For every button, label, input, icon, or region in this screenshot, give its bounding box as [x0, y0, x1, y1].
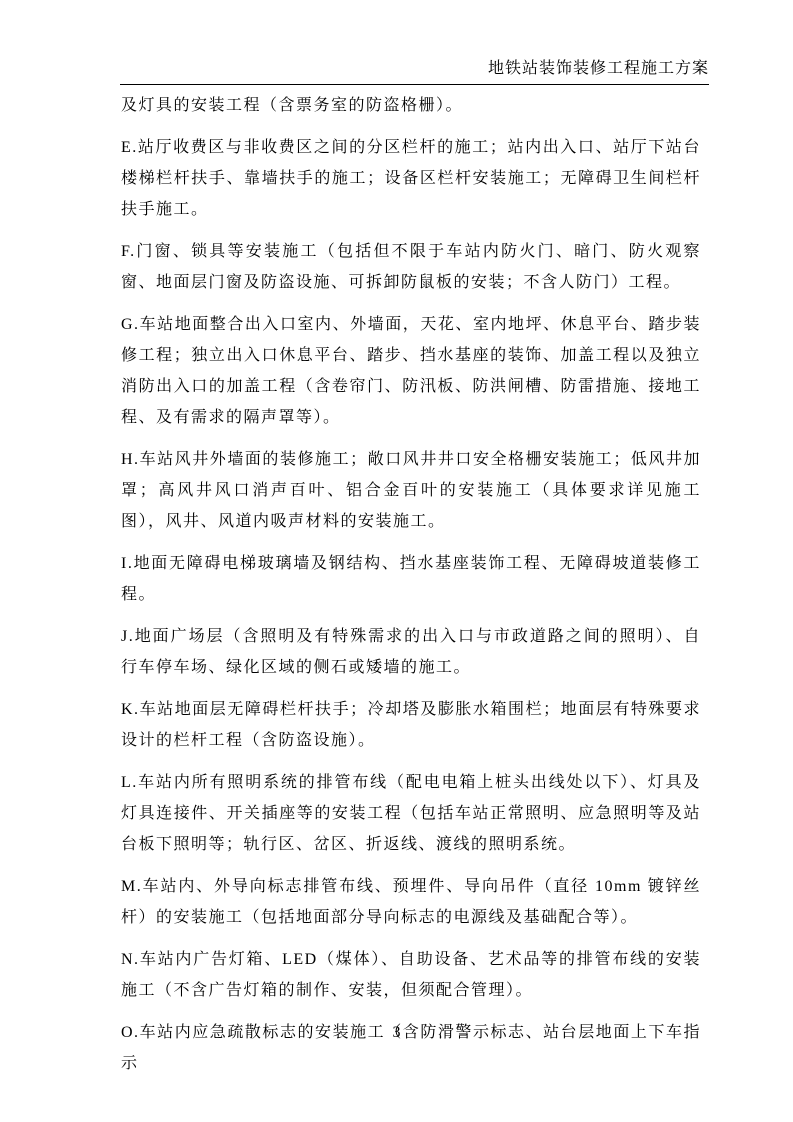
paragraph-item-e: E.站厅收费区与非收费区之间的分区栏杆的施工；站内出入口、站厅下站台楼梯栏杆扶手…: [121, 132, 701, 225]
paragraph-item-i: I.地面无障碍电梯玻璃墙及钢结构、挡水基座装饰工程、无障碍坡道装修工程。: [121, 548, 701, 610]
paragraph-item-f: F.门窗、锁具等安装施工（包括但不限于车站内防火门、暗门、防火观察窗、地面层门窗…: [121, 236, 701, 298]
paragraph-item-l: L.车站内所有照明系统的排管布线（配电电箱上桩头出线处以下）、灯具及灯具连接件、…: [121, 767, 701, 860]
paragraph-item-k: K.车站地面层无障碍栏杆扶手；冷却塔及膨胀水箱围栏；地面层有特殊要求设计的栏杆工…: [121, 694, 701, 756]
paragraph-item-m: M.车站内、外导向标志排管布线、预埋件、导向吊件（直径 10mm 镀锌丝杆）的安…: [121, 871, 701, 933]
paragraph-intro-continuation: 及灯具的安装工程（含票务室的防盗格栅）。: [121, 90, 701, 121]
paragraph-item-j: J.地面广场层（含照明及有特殊需求的出入口与市政道路之间的照明）、自行车停车场、…: [121, 621, 701, 683]
paragraph-item-h: H.车站风井外墙面的装修施工；敞口风井井口安全格栅安装施工；低风井加罩；高风井风…: [121, 444, 701, 537]
paragraph-item-n: N.车站内广告灯箱、LED（煤体）、自助设备、艺术品等的排管布线的安装施工（不含…: [121, 944, 701, 1006]
document-body: 及灯具的安装工程（含票务室的防盗格栅）。 E.站厅收费区与非收费区之间的分区栏杆…: [121, 90, 701, 1079]
document-page: 地铁站装饰装修工程施工方案 及灯具的安装工程（含票务室的防盗格栅）。 E.站厅收…: [0, 0, 793, 1122]
header-title: 地铁站装饰装修工程施工方案: [488, 60, 709, 77]
paragraph-item-g: G.车站地面整合出入口室内、外墙面，天花、室内地坪、休息平台、踏步装修工程；独立…: [121, 309, 701, 433]
page-header: 地铁站装饰装修工程施工方案: [120, 58, 709, 85]
page-number: 3: [0, 1022, 793, 1044]
